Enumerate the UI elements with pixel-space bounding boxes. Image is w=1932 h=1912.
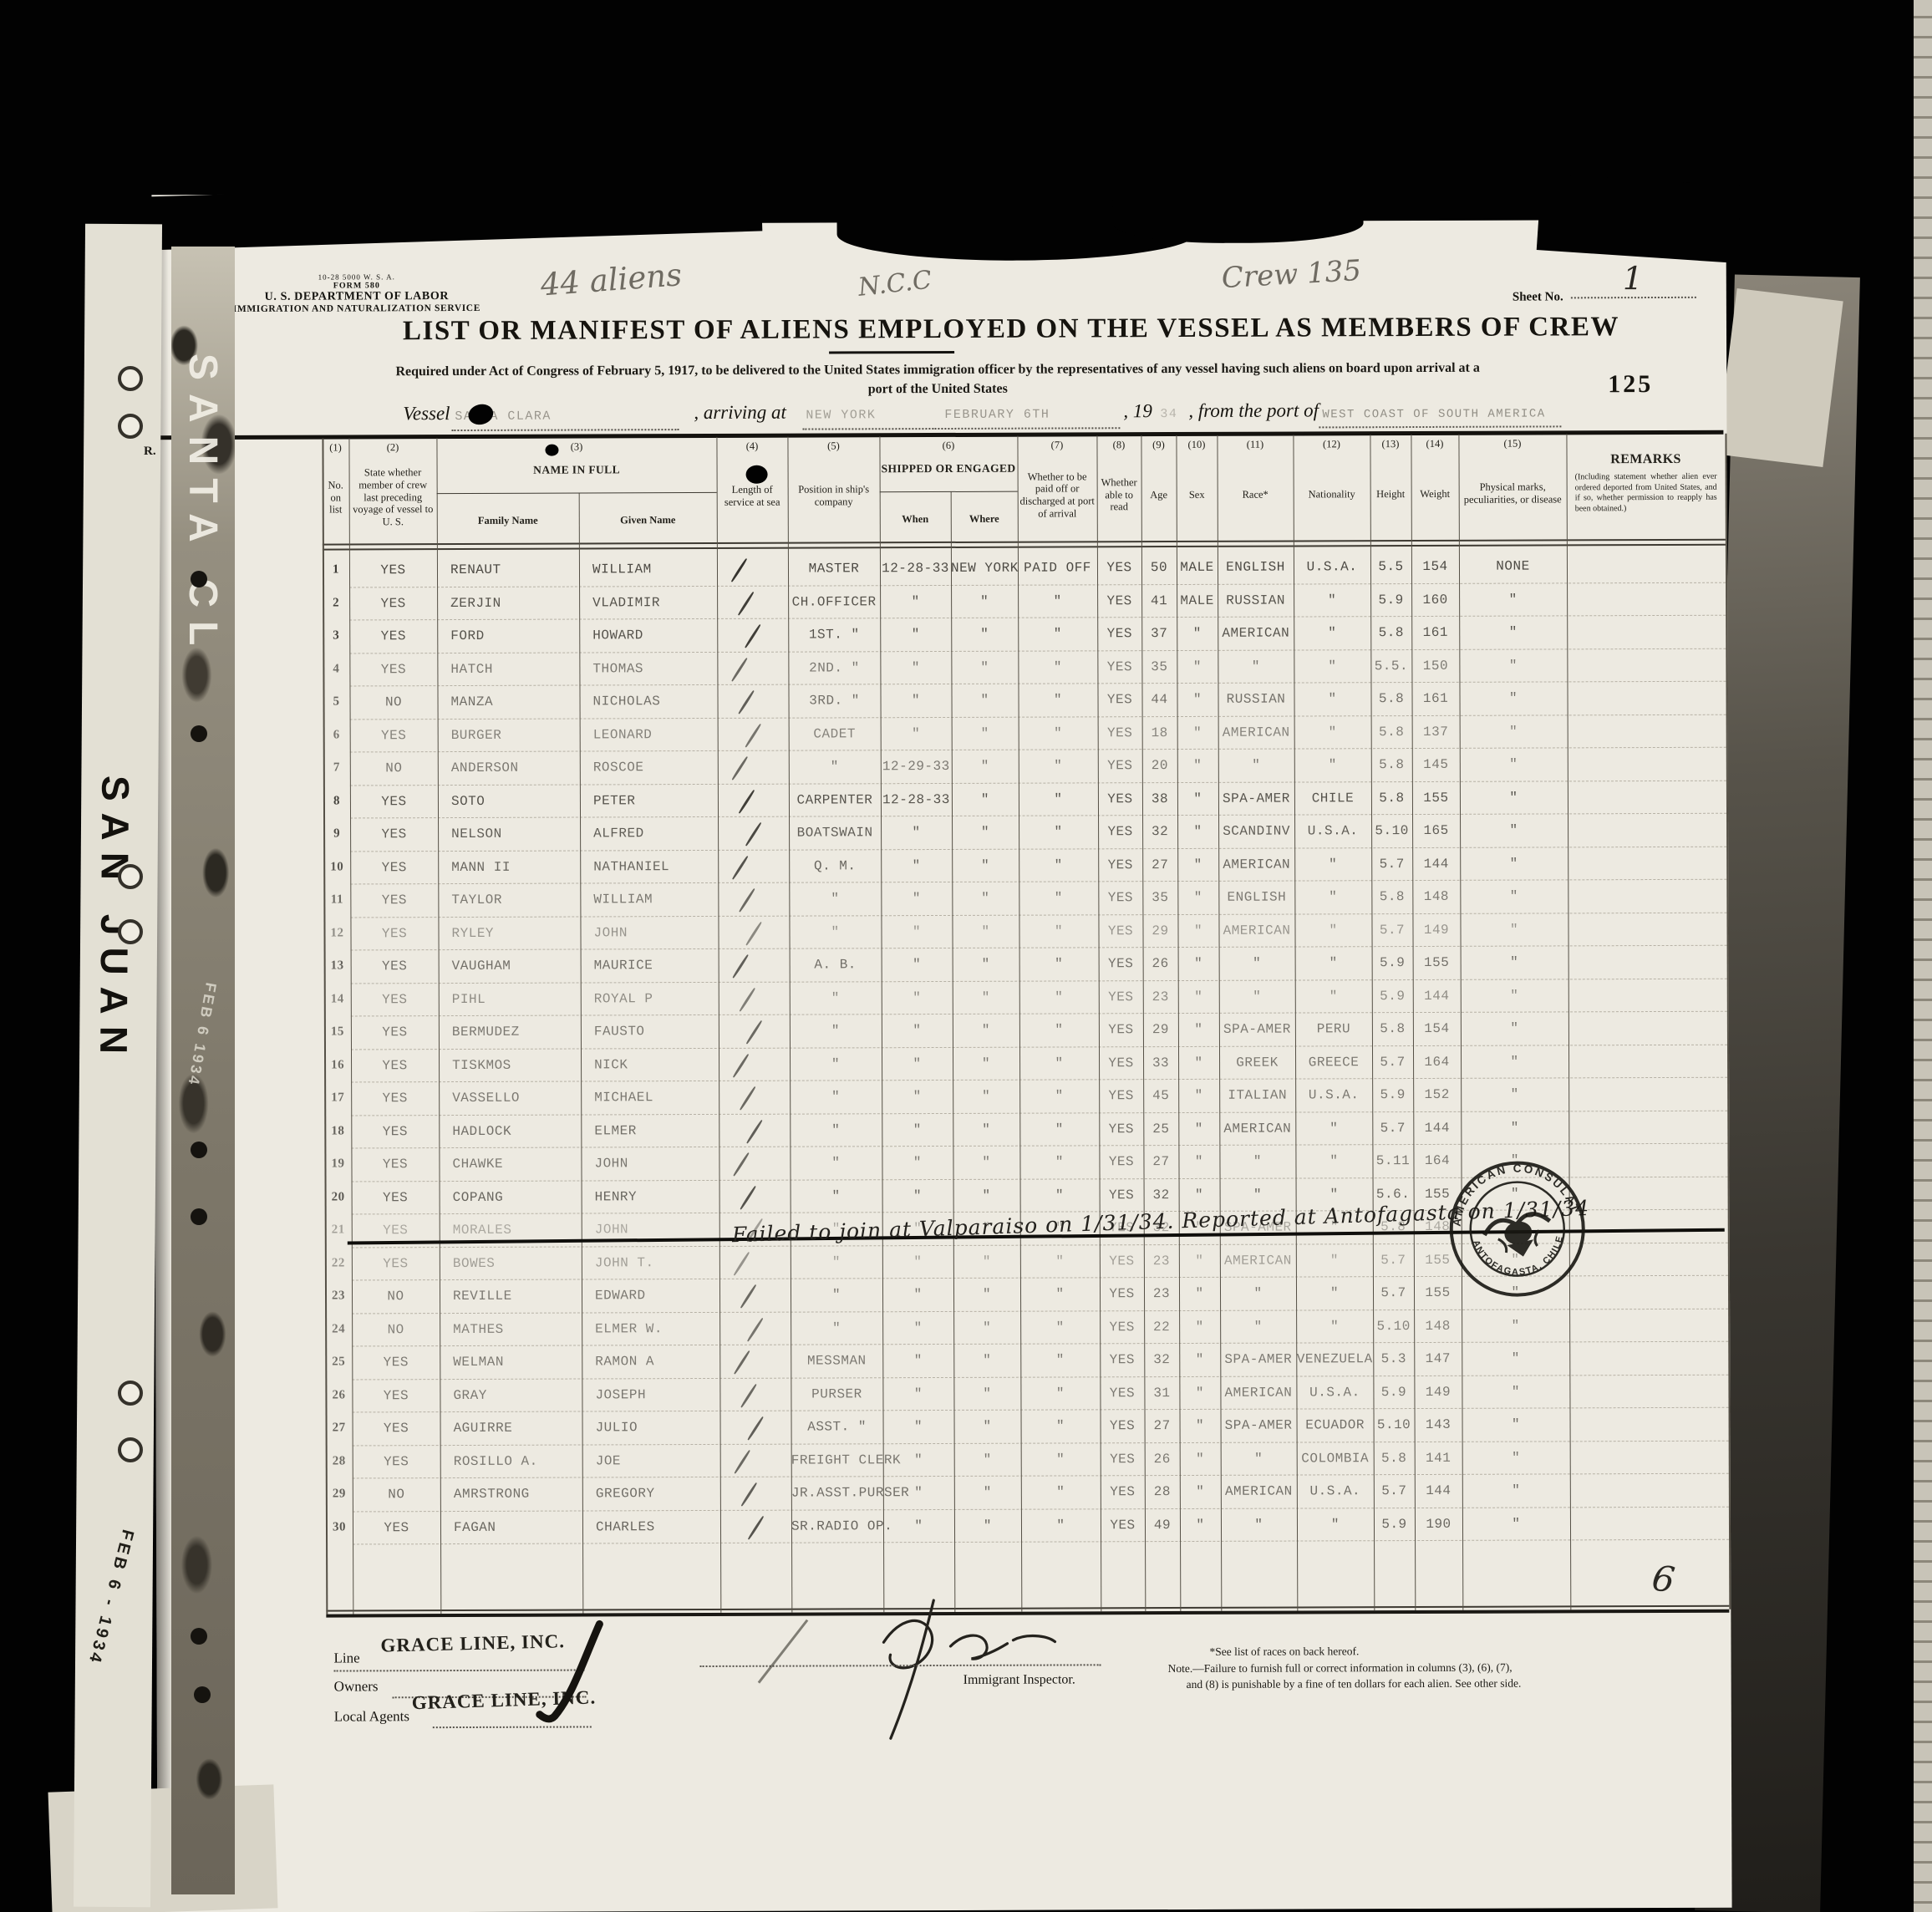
cell-age: 31 — [1144, 1386, 1179, 1401]
cell-where: " — [952, 693, 1019, 708]
cell-paid: " — [1020, 1352, 1100, 1367]
column-number: (15) — [1458, 437, 1566, 450]
cell-position: " — [789, 891, 881, 906]
cell-when: 12-28-33 — [881, 791, 952, 806]
cell-race: " — [1218, 659, 1294, 674]
cell-given: ROYAL P — [594, 990, 719, 1006]
consulate-stamp: AMERICAN CONSULATE ANTOFAGASTA, CHILE — [1433, 1145, 1602, 1314]
cell-given: JOHN — [594, 1156, 719, 1172]
cell-position: " — [790, 1155, 882, 1170]
cell-marks: " — [1460, 790, 1568, 805]
service-ditto-mark — [746, 1119, 763, 1143]
punch-hole — [191, 725, 207, 742]
cell-read: YES — [1101, 1518, 1145, 1533]
cell-height: 5.8 — [1371, 889, 1412, 904]
service-ditto-mark — [740, 1383, 757, 1407]
service-ditto-mark — [733, 1152, 750, 1177]
service-ditto-mark — [747, 1416, 764, 1441]
cell-family: MANN II — [451, 859, 580, 875]
cell-nationality: " — [1296, 1187, 1373, 1202]
cell-race: GREEK — [1219, 1055, 1295, 1070]
cell-sex: MALE — [1177, 592, 1218, 608]
column-header: Age — [1142, 452, 1174, 537]
cell-where: " — [952, 725, 1019, 740]
cell-crew: YES — [353, 1520, 440, 1535]
cell-given: NICHOLAS — [593, 694, 718, 709]
cell-given: WILLIAM — [592, 562, 717, 577]
cell-family: WELMAN — [453, 1355, 582, 1370]
service-ditto-mark — [732, 1053, 749, 1077]
cell-position: " — [790, 990, 882, 1005]
cell-given: FAUSTO — [594, 1024, 719, 1040]
cell-height: 5.10 — [1374, 1417, 1415, 1432]
cell-position: 1ST. " — [788, 627, 880, 642]
cell-given: MAURICE — [594, 958, 719, 974]
column-number: (11) — [1217, 439, 1293, 451]
cell-weight: 154 — [1413, 1021, 1461, 1036]
punch-hole — [118, 919, 143, 944]
cell-given: EDWARD — [595, 1288, 719, 1304]
cell-marks: " — [1462, 1318, 1569, 1333]
cell-family: NELSON — [451, 826, 580, 842]
cell-height: 5.3 — [1373, 1351, 1414, 1366]
cell-race: RUSSIAN — [1218, 592, 1294, 608]
cell-height: 5.8 — [1371, 791, 1412, 806]
cell-when: " — [882, 1353, 953, 1368]
cell-sex: " — [1177, 659, 1218, 674]
column-header: Nationality — [1294, 451, 1368, 536]
cell-read: YES — [1098, 692, 1142, 707]
cell-paid: " — [1019, 692, 1098, 707]
cell-read: YES — [1100, 1352, 1144, 1367]
cell-marks: " — [1460, 888, 1568, 903]
cell-crew: NO — [350, 694, 438, 709]
cell-sex: " — [1178, 1154, 1219, 1169]
cell-family: RYLEY — [451, 925, 580, 941]
column-header: Height — [1371, 451, 1409, 536]
cell-given: JOHN T. — [595, 1254, 719, 1270]
cell-crew: YES — [349, 662, 437, 677]
second-page-strip: SANTA CL FEB 6 1934 — [171, 247, 235, 1894]
cell-given: NATHANIEL — [593, 858, 718, 874]
cell-marks: " — [1460, 822, 1568, 837]
cell-race: " — [1221, 1451, 1297, 1466]
cell-race: AMERICAN — [1220, 1253, 1296, 1268]
cell-where: " — [952, 857, 1019, 872]
second-page-date-stamp: FEB 6 1934 — [184, 981, 220, 1088]
cell-crew: YES — [353, 1421, 440, 1436]
cell-sex: " — [1178, 1121, 1219, 1136]
cell-height: 5.5. — [1370, 659, 1411, 674]
cell-read: YES — [1100, 1286, 1144, 1301]
cell-position: A. B. — [790, 957, 882, 972]
cell-family: VASSELLO — [452, 1091, 581, 1106]
cell-nationality: " — [1295, 989, 1372, 1004]
cell-no: 10 — [323, 860, 350, 874]
cell-race: AMERICAN — [1218, 923, 1294, 938]
service-ditto-mark — [739, 987, 755, 1011]
column-number: (3) — [436, 440, 716, 454]
cell-weight: 144 — [1413, 988, 1461, 1003]
cell-age: 27 — [1145, 1418, 1180, 1433]
column-header: No. on list — [324, 455, 348, 540]
service-ditto-mark — [745, 921, 762, 945]
cell-sex: " — [1178, 1055, 1219, 1070]
cell-marks: " — [1460, 922, 1568, 937]
cell-height: 5.7 — [1373, 1253, 1414, 1268]
cell-height: 5.7 — [1371, 923, 1412, 938]
punch-hole — [194, 1686, 211, 1703]
left-page-strip: SAN JUAN FEB 6 - 1934 — [74, 224, 162, 1908]
cell-when: " — [882, 1287, 953, 1302]
cell-given: JOE — [596, 1452, 720, 1468]
cell-read: YES — [1099, 1022, 1143, 1037]
cell-paid: " — [1020, 1386, 1100, 1401]
cell-family: BERMUDEZ — [452, 1025, 581, 1040]
cell-where: " — [951, 593, 1018, 608]
cell-family: FAGAN — [454, 1519, 582, 1535]
cell-family: ZERJIN — [450, 595, 579, 611]
cell-age: 25 — [1143, 1121, 1178, 1137]
cell-sex: " — [1177, 626, 1218, 641]
cell-weight: 150 — [1411, 658, 1459, 673]
cell-race: SCANDINV — [1218, 824, 1294, 839]
punch-hole — [118, 366, 143, 391]
cell-race: SPA-AMER — [1220, 1352, 1296, 1367]
cell-nationality: " — [1296, 1253, 1373, 1268]
cell-race: SPA-AMER — [1219, 1022, 1295, 1037]
cell-family: AMRSTRONG — [454, 1487, 582, 1503]
cell-sex: " — [1180, 1484, 1221, 1499]
cell-weight: 145 — [1412, 757, 1460, 772]
cell-where: " — [952, 891, 1019, 906]
cell-marks: " — [1461, 1086, 1568, 1101]
cell-height: 5.7 — [1371, 857, 1412, 872]
cell-race: SPA-AMER — [1221, 1418, 1297, 1433]
cell-paid: " — [1021, 1452, 1101, 1467]
cell-paid: " — [1021, 1518, 1101, 1533]
corner-mark: R. — [144, 445, 156, 459]
cell-no: 3 — [323, 628, 349, 643]
cell-paid: " — [1019, 758, 1098, 773]
cell-crew: YES — [351, 1124, 439, 1139]
service-ditto-mark — [745, 723, 761, 747]
cell-crew: YES — [351, 1157, 439, 1172]
cell-crew: YES — [351, 1058, 439, 1073]
cell-read: YES — [1098, 758, 1142, 773]
owners-label: Owners — [334, 1678, 379, 1695]
cell-age: 49 — [1145, 1518, 1180, 1533]
cell-no: 7 — [323, 760, 350, 775]
cell-sex: MALE — [1177, 560, 1218, 575]
cell-paid: " — [1018, 626, 1097, 641]
cell-where: " — [953, 1386, 1020, 1401]
cell-race: ENGLISH — [1218, 890, 1294, 905]
cell-position: " — [791, 1188, 882, 1203]
column-header: SHIPPED OR ENGAGED — [882, 455, 1016, 484]
cell-race: " — [1218, 758, 1294, 773]
cell-crew: YES — [350, 826, 438, 842]
cell-read: YES — [1097, 626, 1141, 641]
cell-weight: 165 — [1412, 823, 1460, 838]
cell-crew: NO — [352, 1289, 440, 1304]
cell-weight: 190 — [1415, 1516, 1462, 1531]
cell-no: 23 — [325, 1289, 352, 1303]
cell-nationality: U.S.A. — [1294, 559, 1370, 574]
cell-where: " — [954, 1452, 1021, 1467]
cell-sex: " — [1179, 1319, 1220, 1334]
cell-nationality: " — [1294, 889, 1371, 904]
punch-hole — [191, 1628, 207, 1645]
cell-marks: " — [1461, 1054, 1568, 1069]
footnote-penalty-1: Note.—Failure to furnish full or correct… — [1168, 1661, 1513, 1676]
cell-family: BURGER — [451, 727, 580, 743]
cell-when: " — [881, 923, 952, 938]
cell-position: FREIGHT CLERK — [791, 1452, 883, 1467]
cell-read: YES — [1098, 890, 1142, 905]
cell-age: 44 — [1142, 692, 1177, 707]
column-header: Length of service at sea — [719, 454, 786, 539]
cell-paid: " — [1020, 1320, 1100, 1335]
cell-where: " — [953, 1353, 1020, 1368]
cell-weight: 155 — [1413, 955, 1461, 970]
cell-nationality: " — [1295, 955, 1372, 970]
cell-when: " — [880, 627, 951, 642]
cell-race: " — [1220, 1187, 1296, 1202]
cell-no: 18 — [324, 1124, 351, 1138]
column-header: Whether able to read — [1098, 452, 1139, 537]
cell-weight: 160 — [1411, 592, 1459, 607]
cell-position: CH.OFFICER — [788, 594, 880, 609]
cell-given: VLADIMIR — [592, 594, 717, 610]
cell-age: 29 — [1142, 923, 1177, 938]
cell-paid: " — [1019, 1154, 1099, 1169]
cell-when: " — [883, 1518, 954, 1533]
cell-no: 24 — [325, 1322, 352, 1336]
cell-position: MESSMAN — [791, 1353, 882, 1368]
cell-nationality: COLOMBIA — [1297, 1451, 1374, 1466]
cell-marks: " — [1460, 856, 1568, 871]
left-page-date-stamp: FEB 6 - 1934 — [84, 1528, 137, 1667]
column-number: (7) — [1017, 439, 1096, 451]
cell-paid: " — [1020, 1187, 1100, 1203]
cell-no: 28 — [326, 1454, 353, 1468]
cell-crew: YES — [352, 1256, 440, 1271]
cell-age: 20 — [1142, 758, 1177, 773]
cell-age: 32 — [1144, 1187, 1179, 1203]
cell-nationality: " — [1294, 592, 1370, 608]
cell-crew: NO — [353, 1487, 440, 1502]
cell-race: " — [1220, 1319, 1296, 1334]
cell-crew: YES — [353, 1454, 440, 1469]
cell-nationality: U.S.A. — [1297, 1483, 1374, 1498]
punch-hole — [191, 1208, 207, 1225]
cell-no: 26 — [325, 1388, 352, 1402]
cell-age: 18 — [1142, 725, 1177, 740]
cell-position: Q. M. — [789, 858, 881, 873]
cell-position: CADET — [789, 726, 881, 741]
cell-when: " — [881, 725, 952, 740]
cell-sex: " — [1178, 1088, 1219, 1103]
cell-age: 26 — [1143, 956, 1178, 971]
cell-read: YES — [1100, 1386, 1144, 1401]
cell-weight: 137 — [1412, 724, 1460, 739]
cell-age: 45 — [1143, 1088, 1178, 1103]
column-header-remarks: REMARKS — [1566, 450, 1725, 470]
cell-read: YES — [1101, 1452, 1145, 1467]
cell-when: 12-28-33 — [880, 561, 951, 576]
cell-family: RENAUT — [450, 562, 579, 578]
cell-given: ELMER — [594, 1122, 719, 1138]
cell-marks: " — [1462, 1516, 1570, 1531]
service-ditto-mark — [730, 558, 747, 582]
line-label: Line — [333, 1650, 359, 1666]
cell-no: 20 — [325, 1190, 352, 1204]
column-header: Physical marks, peculiarities, or diseas… — [1460, 450, 1564, 536]
cell-crew: NO — [350, 760, 438, 775]
cell-height: 5.8 — [1374, 1451, 1415, 1466]
cell-race: AMERICAN — [1220, 1385, 1296, 1400]
cell-paid: " — [1021, 1484, 1101, 1499]
cell-read: YES — [1099, 989, 1143, 1004]
footnote-penalty-2: and (8) is punishable by a fine of ten d… — [1187, 1677, 1522, 1691]
cell-sex: " — [1180, 1451, 1221, 1466]
cell-position: 3RD. " — [789, 693, 881, 708]
cell-where: NEW YORK — [951, 561, 1018, 576]
cell-given: PETER — [593, 792, 718, 808]
cell-paid: " — [1019, 1022, 1099, 1037]
cell-paid: " — [1019, 791, 1098, 806]
cell-where: " — [953, 989, 1019, 1004]
cell-paid: " — [1020, 1253, 1100, 1269]
column-number: (4) — [716, 440, 787, 453]
cell-weight: 147 — [1414, 1351, 1462, 1366]
cell-position: " — [791, 1254, 882, 1269]
cell-position: BOATSWAIN — [789, 825, 881, 840]
cell-height: 5.9 — [1370, 592, 1411, 608]
cell-sex: " — [1177, 692, 1218, 707]
column-number: (6) — [879, 440, 1017, 453]
cell-sex: " — [1177, 923, 1218, 938]
cell-when: " — [883, 1485, 954, 1500]
cell-when: " — [881, 891, 952, 906]
cell-position: CARPENTER — [789, 792, 881, 807]
cell-age: 35 — [1141, 659, 1177, 674]
cell-paid: " — [1018, 659, 1097, 674]
cell-given: JOHN — [593, 924, 718, 940]
cell-crew: YES — [349, 562, 437, 577]
cell-read: YES — [1100, 1187, 1144, 1203]
service-ditto-mark — [731, 657, 748, 681]
cell-given: JOHN — [595, 1222, 719, 1238]
cell-no: 1 — [323, 562, 349, 577]
cell-crew: YES — [350, 926, 438, 941]
cell-given: THOMAS — [592, 660, 717, 676]
cell-paid: " — [1019, 824, 1098, 839]
cell-no: 14 — [324, 992, 351, 1006]
service-ditto-mark — [745, 1020, 762, 1045]
cell-given: HOWARD — [592, 628, 717, 643]
cell-where: " — [953, 1320, 1020, 1335]
cell-where: " — [952, 923, 1019, 938]
service-ditto-mark — [733, 1251, 750, 1275]
cell-nationality: GREECE — [1295, 1055, 1372, 1070]
service-ditto-mark — [732, 954, 749, 979]
cell-when: " — [883, 1419, 954, 1434]
cell-family: MATHES — [453, 1321, 582, 1337]
cell-nationality: " — [1296, 1285, 1373, 1300]
punch-hole — [118, 1381, 143, 1406]
cell-weight: 161 — [1411, 691, 1459, 706]
cell-position: JR.ASST.PURSER — [791, 1485, 883, 1500]
cell-age: 23 — [1144, 1286, 1179, 1301]
cell-marks: " — [1461, 1120, 1568, 1135]
cell-where: " — [951, 627, 1018, 642]
service-ditto-mark — [745, 624, 761, 648]
cell-when: " — [883, 1452, 954, 1467]
cell-height: 5.5 — [1370, 559, 1411, 574]
cell-read: YES — [1097, 560, 1141, 575]
cell-when: " — [882, 1155, 953, 1170]
cell-race: AMERICAN — [1219, 1121, 1295, 1136]
cell-read: YES — [1099, 956, 1143, 971]
service-ditto-mark — [746, 1317, 763, 1341]
cell-weight: 152 — [1413, 1087, 1461, 1102]
cell-position: " — [791, 1287, 882, 1302]
service-ditto-mark — [738, 690, 755, 714]
cell-crew: YES — [350, 728, 438, 743]
cell-sex: " — [1179, 1187, 1220, 1202]
cell-nationality: " — [1295, 1121, 1372, 1136]
cell-where: " — [953, 1055, 1019, 1070]
service-ditto-mark — [732, 855, 749, 879]
cell-no: 19 — [324, 1157, 351, 1171]
cell-weight: 155 — [1412, 790, 1460, 805]
cell-given: JOSEPH — [595, 1386, 719, 1402]
cell-sex: " — [1177, 824, 1218, 839]
cell-when: " — [882, 1121, 953, 1137]
cell-height: 5.7 — [1374, 1483, 1415, 1498]
cell-crew: YES — [351, 1091, 439, 1106]
cell-family: PIHL — [452, 991, 581, 1007]
cell-age: 32 — [1142, 824, 1177, 839]
cell-weight: 144 — [1415, 1483, 1462, 1498]
cell-age: 22 — [1144, 1320, 1179, 1335]
cell-position: " — [790, 1089, 882, 1104]
manifest-table: (1)No. on list(2)State whether member of… — [151, 190, 1731, 1625]
cell-where: " — [952, 825, 1019, 840]
cell-no: 11 — [323, 892, 350, 907]
cell-crew: YES — [352, 1355, 440, 1370]
cell-crew: YES — [352, 1223, 440, 1238]
cell-marks: " — [1461, 1020, 1568, 1035]
cell-paid: " — [1018, 593, 1097, 608]
cell-when: " — [882, 1023, 953, 1038]
cell-given: HENRY — [595, 1188, 719, 1204]
cell-no: 5 — [323, 694, 350, 709]
cell-no: 30 — [326, 1520, 353, 1534]
cell-when: " — [881, 693, 952, 708]
cell-family: HATCH — [450, 661, 579, 677]
cell-no: 8 — [323, 794, 350, 808]
cell-no: 22 — [325, 1256, 352, 1270]
cell-family: TAYLOR — [451, 892, 580, 908]
cell-sex: " — [1177, 725, 1218, 740]
punch-hole — [191, 1142, 207, 1158]
cell-where: " — [953, 1121, 1019, 1137]
cell-read: YES — [1100, 1253, 1144, 1269]
cell-nationality: " — [1294, 857, 1371, 872]
